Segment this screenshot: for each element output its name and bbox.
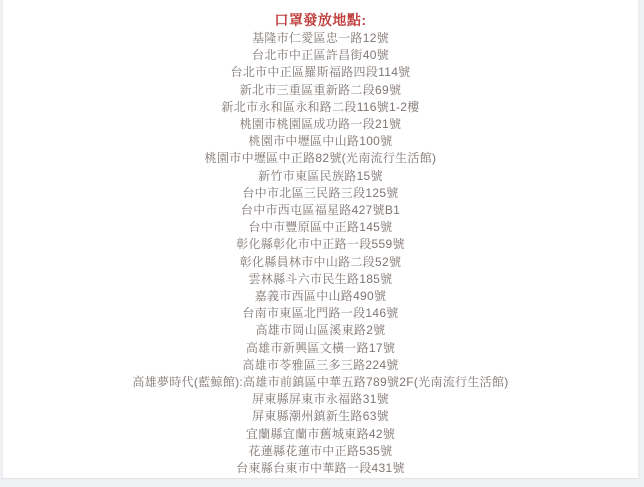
article-image: 口罩發放地點: 基隆市仁愛區忠一路12號台北市中正區許昌街40號台北市中正區羅斯… [0, 0, 644, 487]
location-line: 高雄市岡山區溪東路2號 [3, 322, 638, 339]
location-line: 高雄市苓雅區三多三路224號 [3, 357, 638, 374]
location-line: 高雄夢時代(藍鯨館):高雄市前鎮區中華五路789號2F(光南流行生活館) [3, 374, 638, 391]
location-line: 新竹市東區民族路15號 [3, 168, 638, 185]
location-line: 台北市中正區許昌街40號 [3, 47, 638, 64]
location-line: 台中市豐原區中正路145號 [3, 219, 638, 236]
location-line: 台中市北區三民路三段125號 [3, 185, 638, 202]
location-line: 桃園市中壢區中山路100號 [3, 133, 638, 150]
location-line: 屏東縣潮州鎮新生路63號 [3, 408, 638, 425]
location-line: 台中市西屯區福星路427號B1 [3, 202, 638, 219]
location-line: 桃園市桃園區成功路一段21號 [3, 116, 638, 133]
location-line: 彰化縣彰化市中正路一段559號 [3, 236, 638, 253]
location-list: 基隆市仁愛區忠一路12號台北市中正區許昌街40號台北市中正區羅斯福路四段114號… [3, 30, 638, 477]
location-line: 屏東縣屏東市永福路31號 [3, 391, 638, 408]
location-line: 新北市三重區重新路二段69號 [3, 82, 638, 99]
location-line: 台東縣台東市中華路一段431號 [3, 460, 638, 477]
location-line: 台北市中正區羅斯福路四段114號 [3, 64, 638, 81]
location-line: 彰化縣員林市中山路二段52號 [3, 254, 638, 271]
page-title: 口罩發放地點: [3, 0, 638, 29]
location-line: 高雄市新興區文橫一路17號 [3, 340, 638, 357]
mask-locations-card: 口罩發放地點: 基隆市仁愛區忠一路12號台北市中正區許昌街40號台北市中正區羅斯… [2, 0, 639, 479]
location-line: 桃園市中壢區中正路82號(光南流行生活館) [3, 150, 638, 167]
location-line: 宜蘭縣宜蘭市舊城東路42號 [3, 426, 638, 443]
location-line: 台南市東區北門路一段146號 [3, 305, 638, 322]
location-line: 嘉義市西區中山路490號 [3, 288, 638, 305]
location-line: 新北市永和區永和路二段116號1-2樓 [3, 99, 638, 116]
location-line: 花蓮縣花蓮市中正路535號 [3, 443, 638, 460]
location-line: 雲林縣斗六市民生路185號 [3, 271, 638, 288]
location-line: 基隆市仁愛區忠一路12號 [3, 30, 638, 47]
